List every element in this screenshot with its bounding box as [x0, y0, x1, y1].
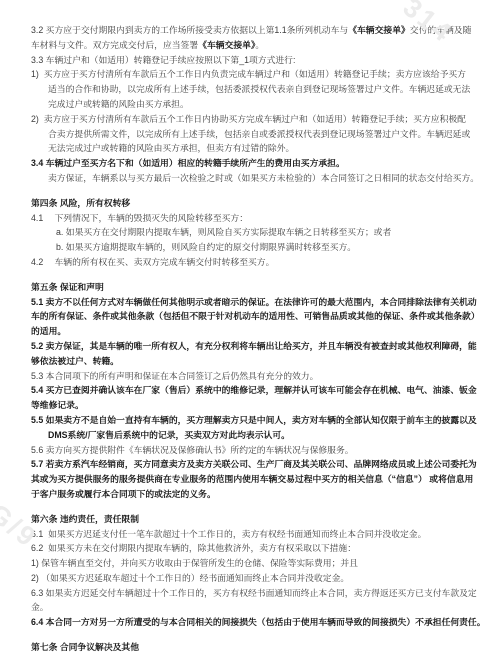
doc-line: 5.3 本合同项下的所有声明和保证在本合同签订之后仍然具有充分的效力。 — [0, 369, 492, 384]
doc-line: 3.3 车辆过户和（如适用）转籍登记手续应按照以下第_1项方式进行: — [0, 53, 492, 68]
section-heading: 第四条 风险，所有权转移 — [0, 196, 492, 211]
doc-line: 5.6 卖方向买方提供附件《车辆状况及保修确认书》所约定的车辆状况与保修服务。 — [0, 443, 492, 458]
text-segment: DMS系统/厂家售后系统中的记录，买卖双方对此均表示认可。 — [48, 430, 290, 440]
text-segment: 6.4 本合同一方对另一方所遭受的与本合同相关的间接损失（包括由于使用车辆而导致… — [31, 617, 486, 627]
text-segment: 。 — [255, 40, 264, 50]
doc-line: 的适用。 — [0, 324, 492, 339]
doc-line: 5.2 卖方保证，其是车辆的唯一所有权人，有充分权利将车辆出让给买方，并且车辆没… — [0, 339, 492, 354]
doc-line: 5.4 买方已查阅并确认该车在厂家（售后）系统中的维修记录，理解并认可该车可能会… — [0, 383, 492, 398]
text-segment: 车的所有保证、条件或其他条款（包括但不限于针对机动车的适用性、可销售品质或其他的… — [31, 311, 480, 321]
text-segment: 适当的合作和协助，以完成所有上述手续，包括委派授权代表亲自到登记现场签署过户文件… — [48, 84, 470, 94]
doc-line: DMS系统/厂家售后系统中的记录，买卖双方对此均表示认可。 — [0, 428, 492, 443]
doc-line: 车材料与文件。双方完成交付后，应当签署《车辆交接单》。 — [0, 38, 492, 53]
text-segment: 金。 — [31, 602, 49, 612]
doc-line: 6.3 如果卖方迟延交付车辆超过十个工作日的，买方有权经书面通知而终止本合同，卖… — [0, 586, 492, 601]
text-segment: 5.6 卖方向买方提供附件《车辆状况及保修确认书》所约定的车辆状况与保修服务。 — [31, 445, 354, 455]
doc-line: 金。 — [0, 600, 492, 615]
text-segment: 5.7 若卖方系汽车经销商，买方同意卖方及卖方关联公司、生产厂商及其关联公司、品… — [31, 459, 477, 469]
text-segment: 1) 保管车辆直至交付，并向买方收取由于保管所发生的仓储、保险等实际费用；并且 — [31, 558, 358, 568]
text-segment: a. 如果买方在交付期限内提取车辆，则风险自买方实际提取车辆之日转移至买方；或者 — [56, 227, 391, 237]
doc-line: 其或为买方提供服务的服务提供商在专业服务的范围内使用车辆交易过程中买方的相关信息… — [0, 472, 492, 487]
text-segment: 等维修记录。 — [31, 400, 84, 410]
doc-line: 卖方保证，车辆系以与买方最后一次检验之时或（如果买方未检验的）本合同签订之日相同… — [0, 171, 492, 186]
text-segment: 6.1 如果买方迟延支付任一笔车款超过十个工作日的，卖方有权经书面通知而终止本合… — [31, 529, 426, 539]
doc-line: 2) （如果买方迟延取车超过十个工作日的）经书面通知而终止本合同并没收定金。 — [0, 571, 492, 586]
text-segment: 6.3 如果卖方迟延交付车辆超过十个工作日的，买方有权经书面通知而终止本合同，卖… — [31, 588, 477, 598]
text-segment: 车材料与文件。双方完成交付后，应当签署 — [31, 40, 198, 50]
text-segment: 的适用。 — [31, 326, 66, 336]
text-segment: 合卖方提供所需文件，以完成所有上述手续，包括亲自或委派授权代表到登记现场签署过户… — [48, 129, 470, 139]
doc-line: 3.2 买方应于交付期限内到卖方的工作场所接受卖方依据以上第1.1条所列机动车与… — [0, 23, 492, 38]
text-segment: 交付的车辆及随 — [410, 25, 472, 35]
doc-line: 4.1 下列情况下，车辆的毁损灭失的风险转移至买方： — [0, 211, 492, 226]
doc-line: a. 如果买方在交付期限内提取车辆，则风险自买方实际提取车辆之日转移至买方；或者 — [0, 225, 492, 240]
text-segment: 2) 卖方应于买方付清所有车款后五个工作日内协助买方完成车辆过户和（如适用）转籍… — [31, 114, 466, 124]
doc-line: 2) 卖方应于买方付清所有车款后五个工作日内协助买方完成车辆过户和（如适用）转籍… — [0, 112, 492, 127]
text-segment: 3.3 车辆过户和（如适用）转籍登记手续应按照以下第_1项方式进行: — [31, 55, 295, 65]
section-heading: 第六条 违约责任，责任限制 — [0, 512, 492, 527]
text-segment: 无法完成过户或转籍的风险由买方承担，但卖方有过错的除外。 — [48, 143, 294, 153]
text-segment: 2) （如果买方迟延取车超过十个工作日的）经书面通知而终止本合同并没收定金。 — [31, 573, 349, 583]
text-segment: 第四条 风险，所有权转移 — [31, 198, 130, 208]
text-segment: 6.2 如果买方未在交付期限内提取车辆的，除其他救济外，卖方有权采取以下措施： — [31, 543, 356, 553]
doc-line: 6.4 本合同一方对另一方所遭受的与本合同相关的间接损失（包括由于使用车辆而导致… — [0, 615, 492, 630]
doc-line: 无法完成过户或转籍的风险由买方承担，但卖方有过错的除外。 — [0, 141, 492, 156]
text-segment: 4.2 车辆的所有权在买、卖双方完成车辆交付时转移至买方。 — [31, 257, 274, 267]
bold-term: 《车辆交接单》 — [198, 40, 255, 50]
doc-line: 合卖方提供所需文件，以完成所有上述手续，包括亲自或委派授权代表到登记现场签署过户… — [0, 127, 492, 142]
doc-line: 5.5 如果卖方不是自始一直持有车辆的，买方理解卖方只是中间人，卖方对车辆的全部… — [0, 413, 492, 428]
doc-line: 够依法被过户、转籍。 — [0, 354, 492, 369]
doc-line: 适当的合作和协助，以完成所有上述手续，包括委派授权代表亲自到登记现场签署过户文件… — [0, 82, 492, 97]
doc-line: 6.1 如果买方迟延支付任一笔车款超过十个工作日的，卖方有权经书面通知而终止本合… — [0, 527, 492, 542]
text-segment: b. 如果买方逾期提取车辆的，则风险自约定的原交付期限界满时转移至买方。 — [56, 242, 356, 252]
text-segment: 于客户服务或履行本合同项下的或法定的义务。 — [31, 489, 216, 499]
doc-line: 1) 保管车辆直至交付，并向买方收取由于保管所发生的仓储、保险等实际费用；并且 — [0, 556, 492, 571]
text-segment: 5.5 如果卖方不是自始一直持有车辆的，买方理解卖方只是中间人，卖方对车辆的全部… — [31, 415, 477, 425]
text-segment: 4.1 下列情况下，车辆的毁损灭失的风险转移至买方： — [31, 213, 248, 223]
text-segment: 第六条 违约责任，责任限制 — [31, 514, 139, 524]
text-segment: 5.3 本合同项下的所有声明和保证在本合同签订之后仍然具有充分的效力。 — [31, 371, 318, 381]
doc-line: 5.1 卖方不以任何方式对车辆做任何其他明示或者暗示的保证。在法律许可的最大范围… — [0, 295, 492, 310]
text-segment: 其或为买方提供服务的服务提供商在专业服务的范围内使用车辆交易过程中买方的相关信息… — [31, 474, 473, 484]
text-segment: 5.1 卖方不以任何方式对车辆做任何其他明示或者暗示的保证。在法律许可的最大范围… — [31, 297, 477, 307]
doc-line: 4.2 车辆的所有权在买、卖双方完成车辆交付时转移至买方。 — [0, 255, 492, 270]
text-segment: 5.2 卖方保证，其是车辆的唯一所有权人，有充分权利将车辆出让给买方，并且车辆没… — [31, 341, 477, 351]
text-segment: 第七条 合同争议解决及其他 — [31, 642, 139, 652]
text-segment: 5.4 买方已查阅并确认该车在厂家（售后）系统中的维修记录，理解并认可该车可能会… — [31, 385, 477, 395]
contract-page: 3.2 买方应于交付期限内到卖方的工作场所接受卖方依据以上第1.1条所列机动车与… — [0, 0, 492, 671]
doc-line: 5.7 若卖方系汽车经销商，买方同意卖方及卖方关联公司、生产厂商及其关联公司、品… — [0, 457, 492, 472]
doc-line: 3.4 车辆过户至买方名下和（如适用）相应的转籍手续所产生的费用由买方承担。 — [0, 156, 492, 171]
text-segment: 卖方保证，车辆系以与买方最后一次检验之时或（如果买方未检验的）本合同签订之日相同… — [48, 173, 479, 183]
text-segment: 3.2 买方应于交付期限内到卖方的工作场所接受卖方依据以上第1.1条所列机动车与 — [31, 25, 348, 35]
text-segment: 3.4 车辆过户至买方名下和（如适用）相应的转籍手续所产生的费用由买方承担。 — [31, 158, 345, 168]
doc-line: 6.2 如果买方未在交付期限内提取车辆的，除其他救济外，卖方有权采取以下措施： — [0, 541, 492, 556]
doc-line: 完成过户或转籍的风险由买方承担。 — [0, 97, 492, 112]
section-heading: 第五条 保证和声明 — [0, 280, 492, 295]
text-segment: 够依法被过户、转籍。 — [31, 356, 119, 366]
bold-term: 《车辆交接单》 — [348, 25, 410, 35]
doc-line: 车的所有保证、条件或其他条款（包括但不限于针对机动车的适用性、可销售品质或其他的… — [0, 309, 492, 324]
doc-line: b. 如果买方逾期提取车辆的，则风险自约定的原交付期限界满时转移至买方。 — [0, 240, 492, 255]
text-segment: 第五条 保证和声明 — [31, 282, 104, 292]
text-segment: 完成过户或转籍的风险由买方承担。 — [48, 99, 189, 109]
doc-line: 等维修记录。 — [0, 398, 492, 413]
doc-line: 1) 买方应于买方付清所有车款后五个工作日内负责完成车辆过户和（如适用）转籍登记… — [0, 67, 492, 82]
doc-line: 于客户服务或履行本合同项下的或法定的义务。 — [0, 487, 492, 502]
section-heading: 第七条 合同争议解决及其他 — [0, 640, 492, 655]
contract-document: 3.2 买方应于交付期限内到卖方的工作场所接受卖方依据以上第1.1条所列机动车与… — [0, 23, 492, 655]
text-segment: 1) 买方应于买方付清所有车款后五个工作日内负责完成车辆过户和（如适用）转籍登记… — [31, 69, 466, 79]
